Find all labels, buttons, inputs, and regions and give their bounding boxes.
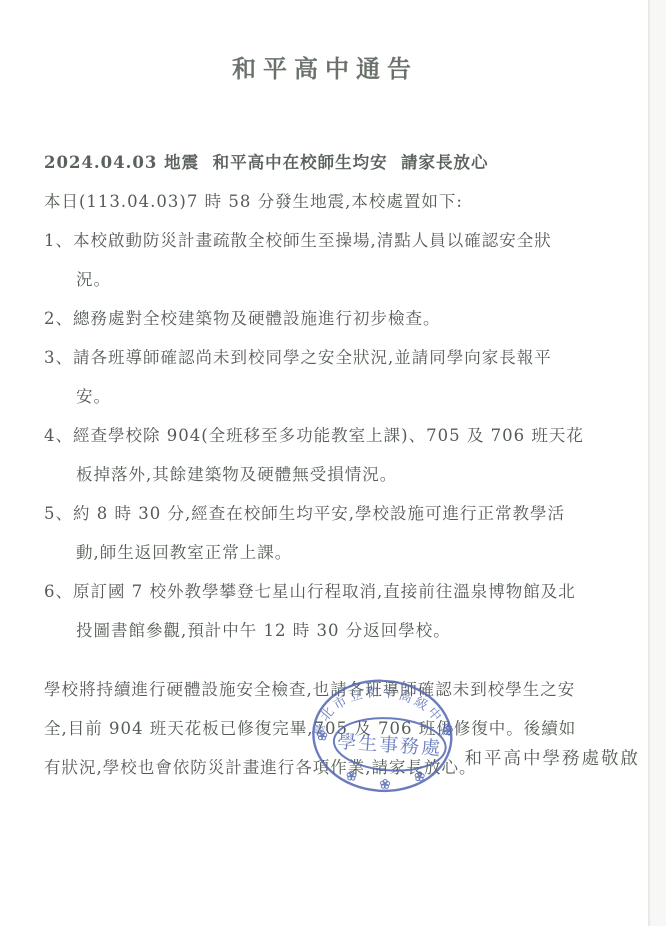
notice-item-1: 1、本校啟動防災計畫疏散全校師生至操場,清點人員以確認安全狀況。 [44,221,584,299]
notice-body: 和平高中通告 2024.04.03 地震 和平高中在校師生均安 請家長放心 本日… [44,0,584,787]
notice-item-4: 4、經查學校除 904(全班移至多功能教室上課)、705 及 706 班天花板掉… [44,416,584,494]
intro-line: 本日(113.04.03)7 時 58 分發生地震,本校處置如下: [44,182,584,221]
signature: 和平高中學務處敬啟 [465,745,641,770]
plum-blossom-icon [347,771,357,780]
notice-item-6: 6、原訂國 7 校外教學攀登七星山行程取消,直接前往溫泉博物館及北投圖書館參觀,… [44,572,584,650]
page: 和平高中通告 2024.04.03 地震 和平高中在校師生均安 請家長放心 本日… [0,0,666,926]
notice-item-3: 3、請各班導師確認尚未到校同學之安全狀況,並請同學向家長報平安。 [44,338,584,416]
plum-blossom-icon [380,779,390,788]
notice-item-2: 2、總務處對全校建築物及硬體設施進行初步檢查。 [44,299,584,338]
notice-item-5: 5、約 8 時 30 分,經查在校師生均平安,學校設施可進行正常教學活動,師生返… [44,494,584,572]
notice-title: 和平高中通告 [44,52,584,86]
stamp-center-text: 學生事務處 [337,731,443,760]
notice-headline: 2024.04.03 地震 和平高中在校師生均安 請家長放心 [44,143,584,182]
plum-blossom-icon [415,772,425,781]
scan-edge-line [648,0,666,926]
school-stamp: 臺北市立和平高級中學 學生事務處 [306,675,464,807]
